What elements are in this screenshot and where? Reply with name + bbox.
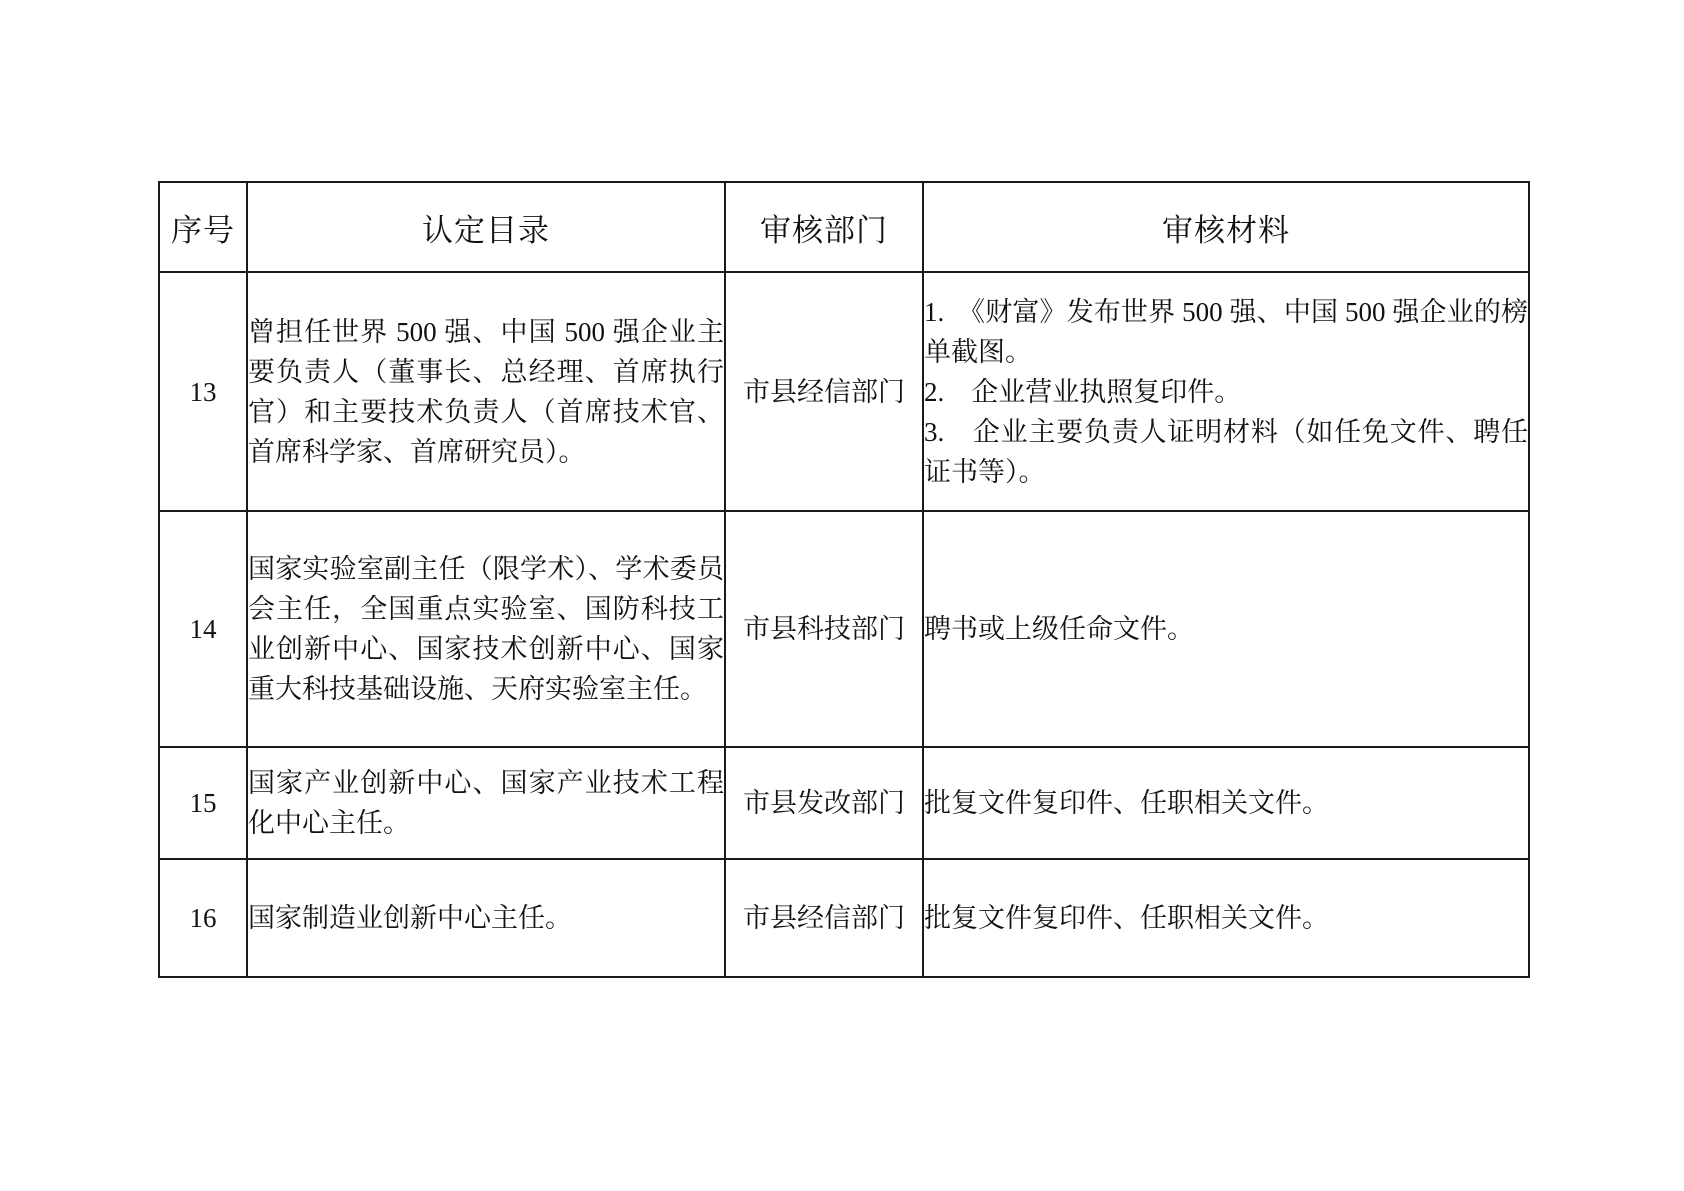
cell-department: 市县科技部门 xyxy=(725,511,923,747)
cell-department: 市县发改部门 xyxy=(725,747,923,859)
material-item: 批复文件复印件、任职相关文件。 xyxy=(924,783,1528,823)
material-item: 1. 《财富》发布世界 500 强、中国 500 强企业的榜单截图。 xyxy=(924,292,1528,372)
cell-serial-number: 13 xyxy=(159,272,247,511)
material-item: 3. 企业主要负责人证明材料（如任免文件、聘任证书等）。 xyxy=(924,412,1528,492)
header-catalog: 认定目录 xyxy=(247,182,725,272)
document-page: { "page": { "background": "#ffffff", "gr… xyxy=(0,0,1684,1191)
table-header-row: 序号 认定目录 审核部门 审核材料 xyxy=(159,182,1529,272)
material-item: 2. 企业营业执照复印件。 xyxy=(924,372,1528,412)
header-department: 审核部门 xyxy=(725,182,923,272)
cell-serial-number: 14 xyxy=(159,511,247,747)
table-row: 16 国家制造业创新中心主任。 市县经信部门 批复文件复印件、任职相关文件。 xyxy=(159,859,1529,977)
header-serial-number: 序号 xyxy=(159,182,247,272)
table-row: 15 国家产业创新中心、国家产业技术工程化中心主任。 市县发改部门 批复文件复印… xyxy=(159,747,1529,859)
cell-catalog: 国家制造业创新中心主任。 xyxy=(247,859,725,977)
material-item: 批复文件复印件、任职相关文件。 xyxy=(924,898,1528,938)
cell-catalog: 国家产业创新中心、国家产业技术工程化中心主任。 xyxy=(247,747,725,859)
table-row: 14 国家实验室副主任（限学术）、学术委员会主任，全国重点实验室、国防科技工业创… xyxy=(159,511,1529,747)
cell-materials: 批复文件复印件、任职相关文件。 xyxy=(923,859,1529,977)
material-item: 聘书或上级任命文件。 xyxy=(924,609,1528,649)
table-row: 13 曾担任世界 500 强、中国 500 强企业主要负责人（董事长、总经理、首… xyxy=(159,272,1529,511)
cell-materials: 聘书或上级任命文件。 xyxy=(923,511,1529,747)
cell-materials: 1. 《财富》发布世界 500 强、中国 500 强企业的榜单截图。 2. 企业… xyxy=(923,272,1529,511)
cell-catalog: 曾担任世界 500 强、中国 500 强企业主要负责人（董事长、总经理、首席执行… xyxy=(247,272,725,511)
cell-catalog: 国家实验室副主任（限学术）、学术委员会主任，全国重点实验室、国防科技工业创新中心… xyxy=(247,511,725,747)
cell-materials: 批复文件复印件、任职相关文件。 xyxy=(923,747,1529,859)
cell-serial-number: 16 xyxy=(159,859,247,977)
review-table: 序号 认定目录 审核部门 审核材料 13 曾担任世界 500 强、中国 500 … xyxy=(158,181,1530,978)
cell-department: 市县经信部门 xyxy=(725,272,923,511)
cell-serial-number: 15 xyxy=(159,747,247,859)
cell-department: 市县经信部门 xyxy=(725,859,923,977)
header-materials: 审核材料 xyxy=(923,182,1529,272)
